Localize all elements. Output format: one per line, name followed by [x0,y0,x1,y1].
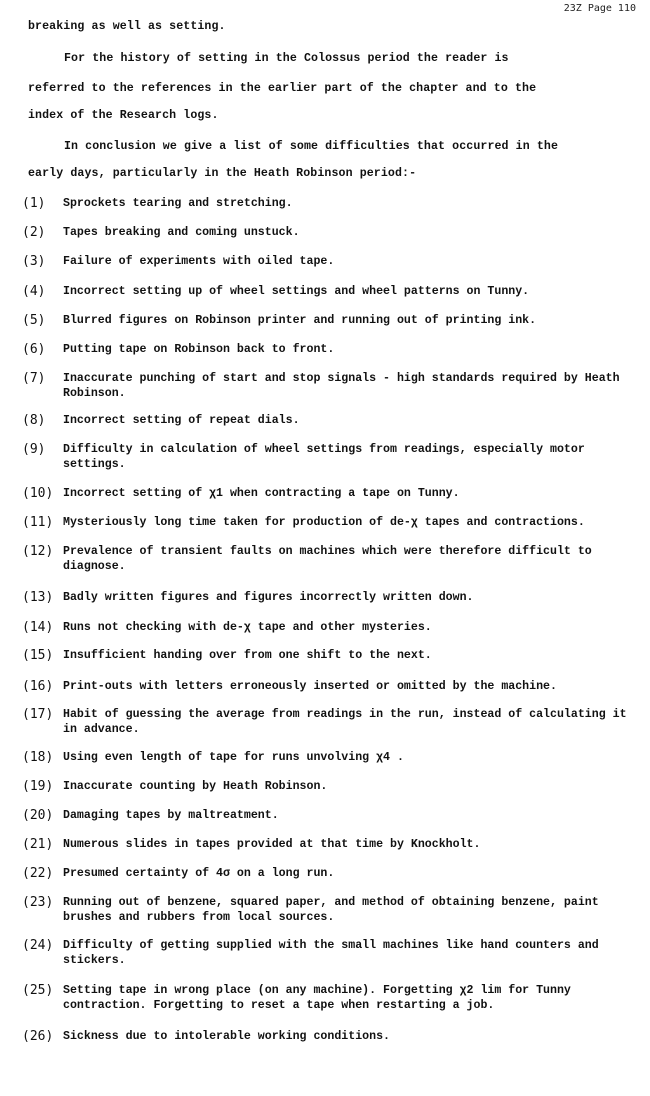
list-item-text: Damaging tapes by maltreatment. [63,808,632,823]
list-item: (7)Inaccurate punching of start and stop… [22,371,632,401]
list-item-number: (2) [22,225,45,240]
paragraph-line: In conclusion we give a list of some dif… [64,140,558,153]
list-item-text: Inaccurate punching of start and stop si… [63,371,632,401]
list-item-text: Incorrect setting up of wheel settings a… [63,284,632,299]
list-item-number: (24) [22,938,53,953]
list-item-text: Difficulty of getting supplied with the … [63,938,632,968]
list-item: (14)Runs not checking with de-χ tape and… [22,620,632,635]
list-item: (9)Difficulty in calculation of wheel se… [22,442,632,472]
list-item-text: Insufficient handing over from one shift… [63,648,632,663]
list-item-number: (9) [22,442,45,457]
list-item: (10)Incorrect setting of χ1 when contrac… [22,486,632,501]
list-item: (2)Tapes breaking and coming unstuck. [22,225,632,240]
list-item: (3)Failure of experiments with oiled tap… [22,254,632,269]
list-item-number: (21) [22,837,53,852]
list-item-number: (5) [22,313,45,328]
list-item: (11)Mysteriously long time taken for pro… [22,515,632,530]
list-item: (25)Setting tape in wrong place (on any … [22,983,632,1013]
list-item-text: Incorrect setting of χ1 when contracting… [63,486,632,501]
paragraph-line: referred to the references in the earlie… [28,82,536,95]
list-item-number: (19) [22,779,53,794]
list-item-number: (3) [22,254,45,269]
list-item: (23)Running out of benzene, squared pape… [22,895,632,925]
list-item-number: (15) [22,648,53,663]
list-item-number: (13) [22,590,53,605]
list-item: (5)Blurred figures on Robinson printer a… [22,313,632,328]
list-item-number: (17) [22,707,53,722]
list-item-text: Running out of benzene, squared paper, a… [63,895,632,925]
list-item: (13)Badly written figures and figures in… [22,590,632,605]
list-item: (26)Sickness due to intolerable working … [22,1029,632,1044]
list-item-number: (7) [22,371,45,386]
list-item-text: Blurred figures on Robinson printer and … [63,313,632,328]
list-item-text: Runs not checking with de-χ tape and oth… [63,620,632,635]
list-item-text: Numerous slides in tapes provided at tha… [63,837,632,852]
list-item: (19)Inaccurate counting by Heath Robinso… [22,779,632,794]
list-item-number: (11) [22,515,53,530]
list-item-text: Sickness due to intolerable working cond… [63,1029,632,1044]
list-item: (16)Print-outs with letters erroneously … [22,679,632,694]
list-item: (4)Incorrect setting up of wheel setting… [22,284,632,299]
list-item: (18)Using even length of tape for runs u… [22,750,632,765]
list-item-number: (10) [22,486,53,501]
list-item-text: Setting tape in wrong place (on any mach… [63,983,632,1013]
list-item-number: (22) [22,866,53,881]
list-item-number: (14) [22,620,53,635]
list-item: (6)Putting tape on Robinson back to fron… [22,342,632,357]
list-item-number: (6) [22,342,45,357]
paragraph-line: index of the Research logs. [28,109,219,122]
list-item: (20)Damaging tapes by maltreatment. [22,808,632,823]
list-item: (21)Numerous slides in tapes provided at… [22,837,632,852]
list-item-number: (8) [22,413,45,428]
list-item-text: Prevalence of transient faults on machin… [63,544,632,574]
list-item-number: (25) [22,983,53,998]
list-item-text: Mysteriously long time taken for product… [63,515,632,530]
list-item-text: Presumed certainty of 4σ on a long run. [63,866,632,881]
list-item: (22)Presumed certainty of 4σ on a long r… [22,866,632,881]
list-item-number: (4) [22,284,45,299]
list-item-text: Putting tape on Robinson back to front. [63,342,632,357]
page-number-label: 23Z Page 110 [564,3,636,14]
list-item-number: (26) [22,1029,53,1044]
paragraph-line: breaking as well as setting. [28,20,226,33]
list-item-number: (1) [22,196,45,211]
list-item-number: (23) [22,895,53,910]
list-item: (12)Prevalence of transient faults on ma… [22,544,632,574]
list-item-text: Sprockets tearing and stretching. [63,196,632,211]
list-item-text: Inaccurate counting by Heath Robinson. [63,779,632,794]
list-item-text: Difficulty in calculation of wheel setti… [63,442,632,472]
list-item: (8)Incorrect setting of repeat dials. [22,413,632,428]
paragraph-line: For the history of setting in the Coloss… [64,52,509,65]
list-item: (24)Difficulty of getting supplied with … [22,938,632,968]
list-item-number: (18) [22,750,53,765]
list-item: (17)Habit of guessing the average from r… [22,707,632,737]
list-item-text: Print-outs with letters erroneously inse… [63,679,632,694]
list-item-text: Tapes breaking and coming unstuck. [63,225,632,240]
list-item-text: Incorrect setting of repeat dials. [63,413,632,428]
list-item-number: (12) [22,544,53,559]
list-item: (15)Insufficient handing over from one s… [22,648,632,663]
paragraph-line: early days, particularly in the Heath Ro… [28,167,416,180]
list-item-text: Badly written figures and figures incorr… [63,590,632,605]
list-item-number: (16) [22,679,53,694]
list-item-number: (20) [22,808,53,823]
list-item: (1)Sprockets tearing and stretching. [22,196,632,211]
list-item-text: Failure of experiments with oiled tape. [63,254,632,269]
list-item-text: Using even length of tape for runs unvol… [63,750,632,765]
list-item-text: Habit of guessing the average from readi… [63,707,632,737]
